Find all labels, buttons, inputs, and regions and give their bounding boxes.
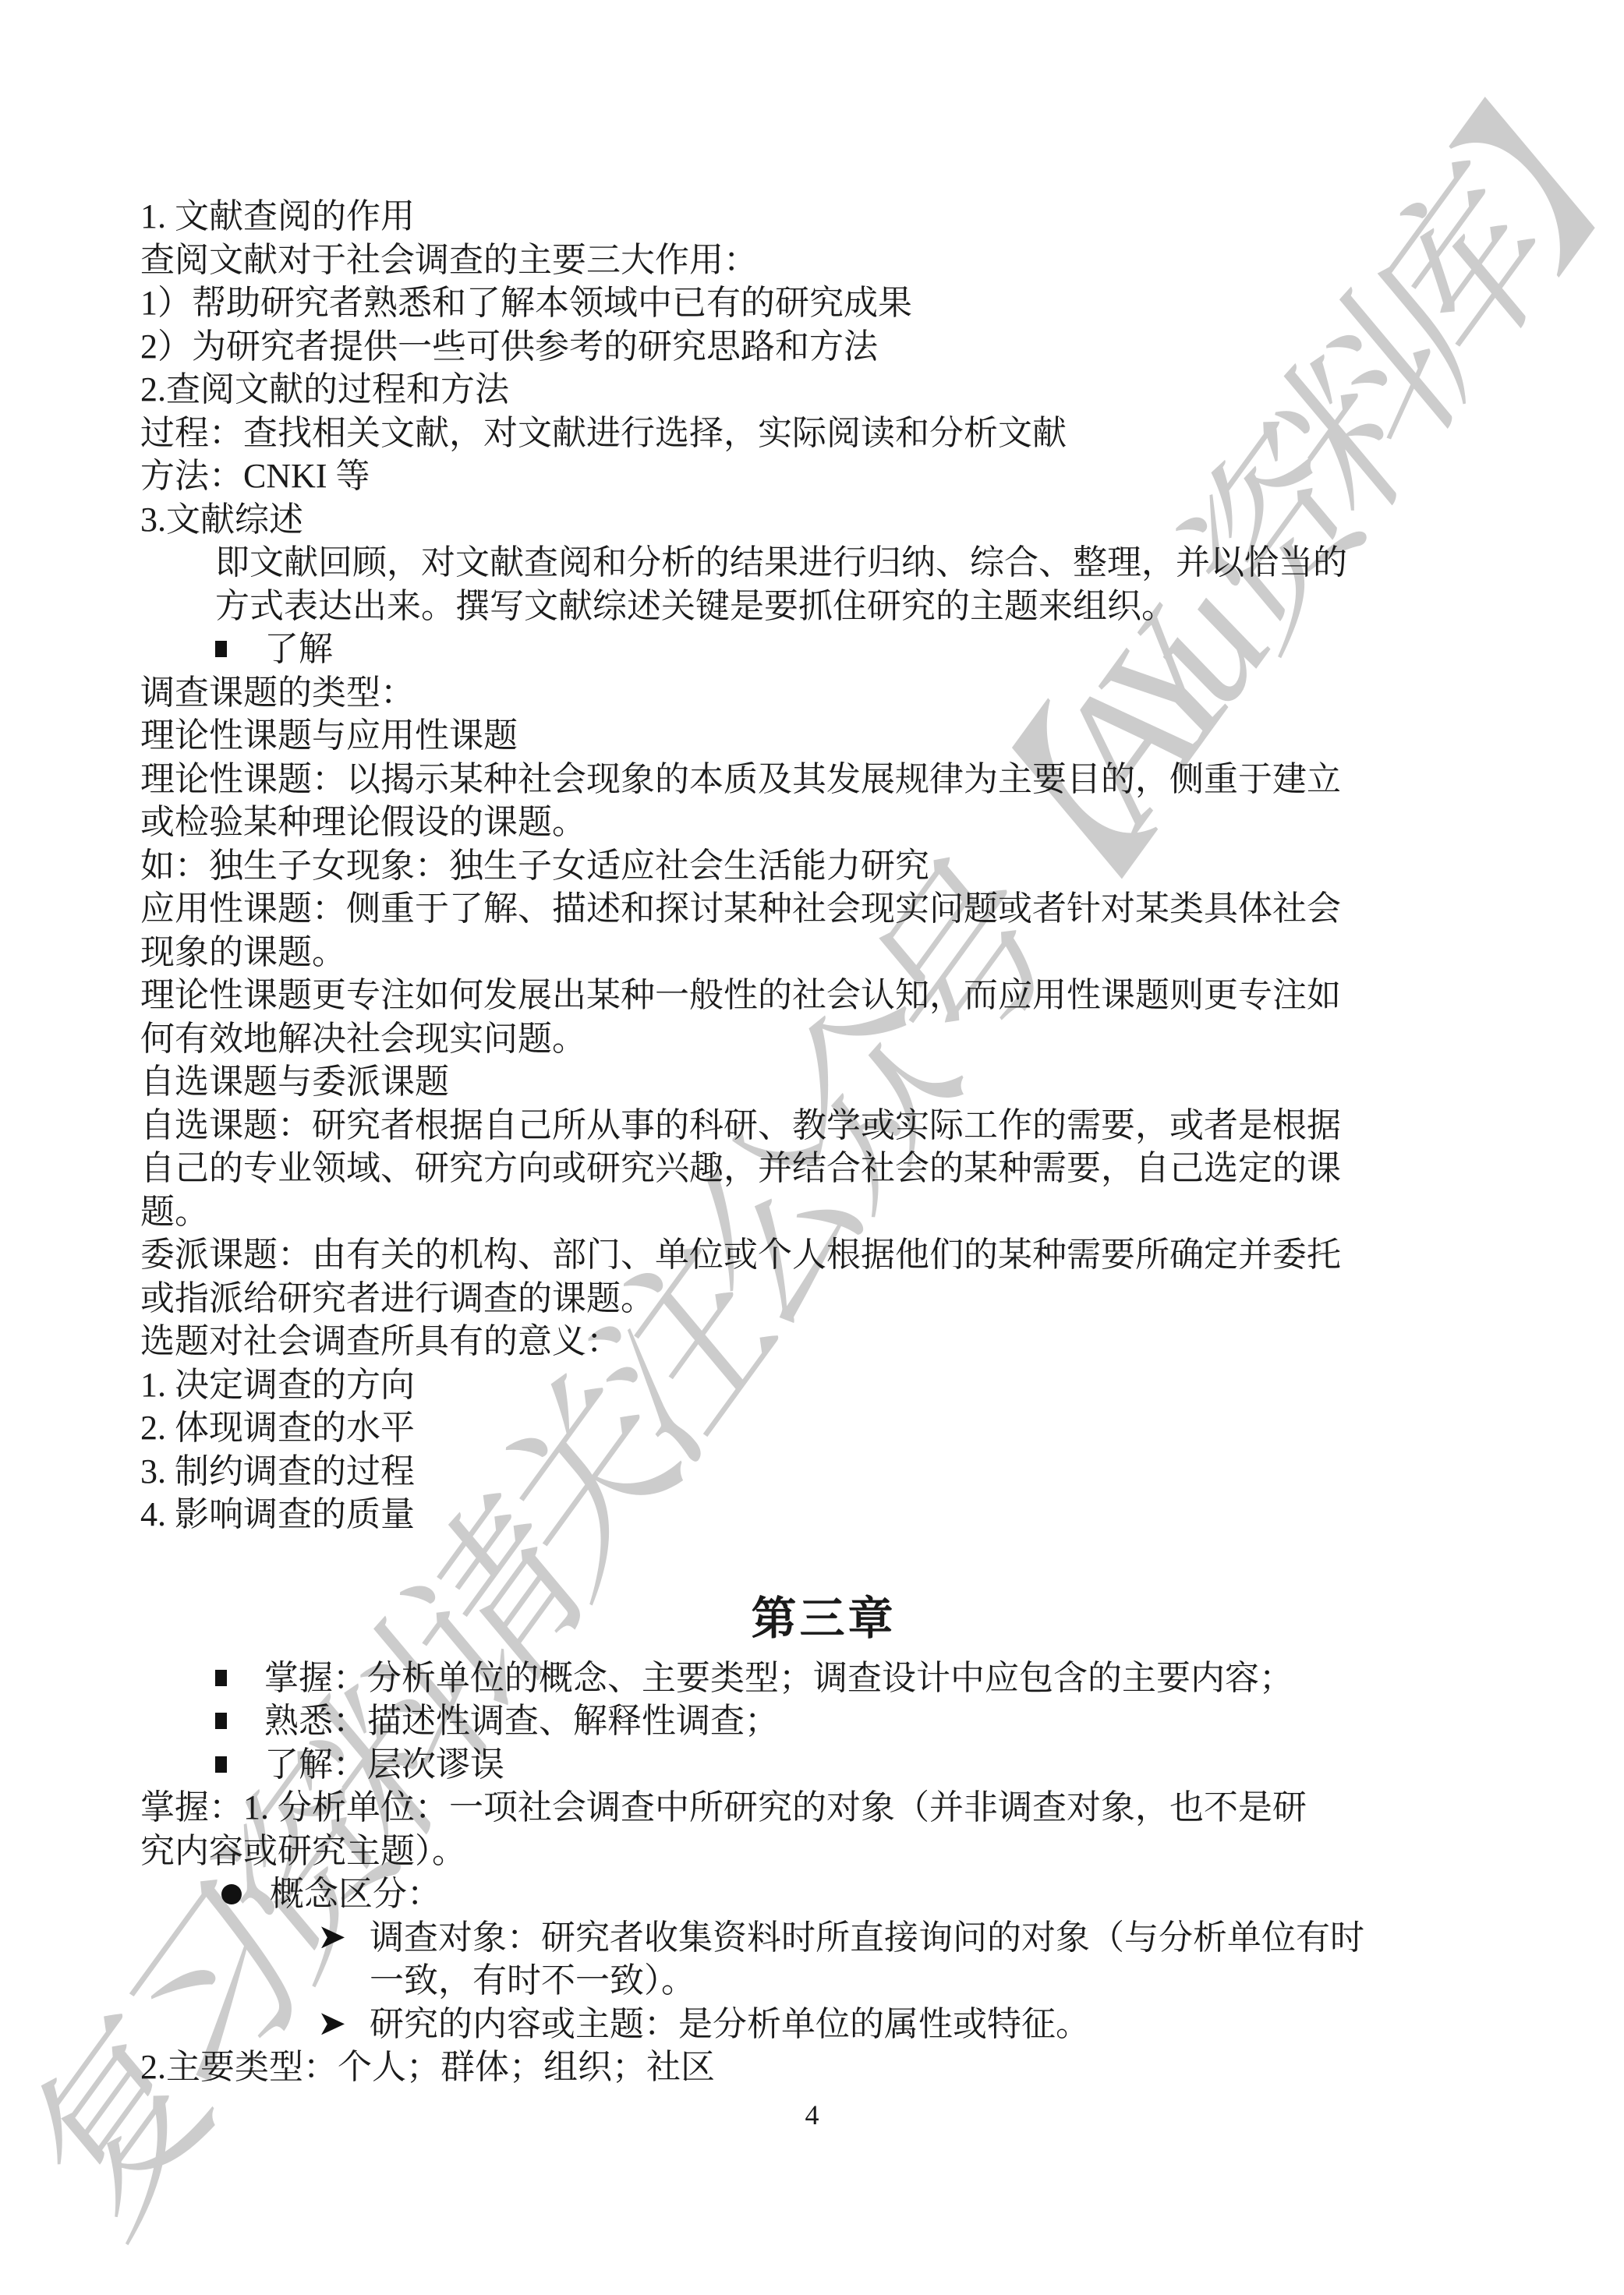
line-text: 2.查阅文献的过程和方法 (140, 370, 509, 408)
text-line: 方式表达出来。撰写文献综述关键是要抓住研究的主题来组织。 (140, 585, 1507, 628)
line-text: 3. 制约调查的过程 (140, 1452, 415, 1491)
text-line: 现象的课题。 (140, 931, 1507, 974)
line-text: 第三章 (751, 1593, 896, 1644)
text-line: 4. 影响调查的质量 (140, 1493, 1507, 1536)
line-text: 方法：CNKI 等 (140, 457, 370, 495)
document-page: 复习资料请关注公众号【AYu资料库】 1. 文献查阅的作用查阅文献对于社会调查的… (0, 0, 1624, 2295)
line-text: 3.文献综述 (140, 500, 303, 539)
line-text: 一致，有时不一致）。 (370, 1961, 695, 2000)
circle-bullet-icon (221, 1884, 242, 1904)
text-line: 调查对象：研究者收集资料时所直接询问的对象（与分析单位有时 (140, 1916, 1507, 1960)
line-text: 理论性课题与应用性课题 (140, 716, 518, 755)
line-text: 掌握：分析单位的概念、主要类型；调查设计中应包含的主要内容； (264, 1659, 1293, 1697)
text-line: 理论性课题与应用性课题 (140, 714, 1507, 758)
line-text: 自选课题：研究者根据自己所从事的科研、教学或实际工作的需要，或者是根据 (140, 1106, 1341, 1144)
line-text: 究内容或研究主题）。 (140, 1832, 466, 1870)
text-line: 掌握：1. 分析单位：一项社会调查中所研究的对象（并非调查对象，也不是研 (140, 1786, 1507, 1830)
line-text: 或指派给研究者进行调查的课题。 (140, 1279, 655, 1317)
text-line: 委派课题：由有关的机构、部门、单位或个人根据他们的某种需要所确定并委托 (140, 1233, 1507, 1277)
line-text: 1. 文献查阅的作用 (140, 197, 415, 235)
text-line: 查阅文献对于社会调查的主要三大作用： (140, 239, 1507, 282)
line-text: 查阅文献对于社会调查的主要三大作用： (140, 241, 758, 279)
line-text: 题。 (140, 1193, 209, 1231)
text-line: 3. 制约调查的过程 (140, 1450, 1507, 1494)
line-text: 了解 (264, 630, 333, 668)
text-line: 2.主要类型：个人；群体；组织；社区 (140, 2046, 1507, 2089)
line-text: 如：独生子女现象：独生子女适应社会生活能力研究 (140, 847, 929, 885)
text-line: 2.查阅文献的过程和方法 (140, 368, 1507, 412)
line-text: 1）帮助研究者熟悉和了解本领域中已有的研究成果 (140, 284, 912, 322)
square-bullet-icon (215, 1713, 227, 1729)
text-line: 选题对社会调查所具有的意义： (140, 1320, 1507, 1363)
line-text: 调查对象：研究者收集资料时所直接询问的对象（与分析单位有时 (370, 1918, 1364, 1957)
arrow-bullet-icon (321, 1926, 345, 1948)
line-text: 自己的专业领域、研究方向或研究兴趣，并结合社会的某种需要，自己选定的课 (140, 1149, 1341, 1187)
text-line: 2）为研究者提供一些可供参考的研究思路和方法 (140, 325, 1507, 369)
text-line: 3.文献综述 (140, 498, 1507, 542)
text-line: 调查课题的类型： (140, 671, 1507, 715)
line-text: 2. 体现调查的水平 (140, 1409, 415, 1447)
line-text: 自选课题与委派课题 (140, 1063, 449, 1101)
text-line: 自己的专业领域、研究方向或研究兴趣，并结合社会的某种需要，自己选定的课 (140, 1147, 1507, 1190)
line-text: 掌握：1. 分析单位：一项社会调查中所研究的对象（并非调查对象，也不是研 (140, 1788, 1307, 1826)
text-line: 即文献回顾，对文献查阅和分析的结果进行归纳、综合、整理，并以恰当的 (140, 541, 1507, 585)
line-text: 了解：层次谬误 (264, 1745, 504, 1784)
text-line: 掌握：分析单位的概念、主要类型；调查设计中应包含的主要内容； (140, 1657, 1507, 1700)
text-line: 何有效地解决社会现实问题。 (140, 1017, 1507, 1061)
text-line: 理论性课题更专注如何发展出某种一般性的社会认知，而应用性课题则更专注如 (140, 974, 1507, 1017)
line-text: 调查课题的类型： (140, 674, 415, 712)
page-number: 4 (0, 2099, 1624, 2131)
line-text: 即文献回顾，对文献查阅和分析的结果进行归纳、综合、整理，并以恰当的 (215, 543, 1347, 582)
text-line: 理论性课题：以揭示某种社会现象的本质及其发展规律为主要目的，侧重于建立 (140, 758, 1507, 801)
text-line: 究内容或研究主题）。 (140, 1830, 1507, 1873)
line-text: 应用性课题：侧重于了解、描述和探讨某种社会现实问题或者针对某类具体社会 (140, 889, 1341, 928)
text-line: 自选课题与委派课题 (140, 1060, 1507, 1104)
text-line: 一致，有时不一致）。 (140, 1959, 1507, 2003)
arrow-bullet-icon (321, 2013, 345, 2035)
text-line: 应用性课题：侧重于了解、描述和探讨某种社会现实问题或者针对某类具体社会 (140, 887, 1507, 931)
line-text: 理论性课题更专注如何发展出某种一般性的社会认知，而应用性课题则更专注如 (140, 976, 1341, 1014)
text-line: 方法：CNKI 等 (140, 454, 1507, 498)
line-text: 过程：查找相关文献，对文献进行选择，实际阅读和分析文献 (140, 414, 1067, 452)
text-line: 了解：层次谬误 (140, 1743, 1507, 1787)
text-line: 过程：查找相关文献，对文献进行选择，实际阅读和分析文献 (140, 412, 1507, 455)
square-bullet-icon (215, 1756, 227, 1773)
text-line: 概念区分： (140, 1872, 1507, 1916)
chapter-heading: 第三章 (140, 1582, 1507, 1657)
text-line: 了解 (140, 628, 1507, 671)
line-text: 何有效地解决社会现实问题。 (140, 1020, 586, 1058)
line-text: 现象的课题。 (140, 933, 346, 971)
line-text: 方式表达出来。撰写文献综述关键是要抓住研究的主题来组织。 (215, 587, 1176, 625)
line-text: 2）为研究者提供一些可供参考的研究思路和方法 (140, 327, 878, 366)
text-line: 或指派给研究者进行调查的课题。 (140, 1277, 1507, 1321)
text-line: 研究的内容或主题：是分析单位的属性或特征。 (140, 2003, 1507, 2046)
line-text: 概念区分： (270, 1875, 441, 1913)
text-line: 或检验某种理论假设的课题。 (140, 801, 1507, 844)
line-text: 熟悉：描述性调查、解释性调查； (264, 1702, 779, 1740)
text-line: 题。 (140, 1190, 1507, 1234)
text-line: 如：独生子女现象：独生子女适应社会生活能力研究 (140, 844, 1507, 888)
text-line: 1. 文献查阅的作用 (140, 195, 1507, 239)
line-text: 2.主要类型：个人；群体；组织；社区 (140, 2048, 715, 2086)
text-line: 1. 决定调查的方向 (140, 1363, 1507, 1407)
square-bullet-icon (215, 1670, 227, 1686)
line-text: 或检验某种理论假设的课题。 (140, 803, 586, 841)
line-text: 理论性课题：以揭示某种社会现象的本质及其发展规律为主要目的，侧重于建立 (140, 760, 1341, 798)
text-line: 熟悉：描述性调查、解释性调查； (140, 1699, 1507, 1743)
text-line: 1）帮助研究者熟悉和了解本领域中已有的研究成果 (140, 281, 1507, 325)
line-text: 研究的内容或主题：是分析单位的属性或特征。 (370, 2005, 1090, 2043)
text-line: 2. 体现调查的水平 (140, 1406, 1507, 1450)
line-text: 1. 决定调查的方向 (140, 1366, 415, 1404)
text-line: 自选课题：研究者根据自己所从事的科研、教学或实际工作的需要，或者是根据 (140, 1104, 1507, 1147)
line-text: 4. 影响调查的质量 (140, 1495, 415, 1533)
line-text: 委派课题：由有关的机构、部门、单位或个人根据他们的某种需要所确定并委托 (140, 1236, 1341, 1274)
square-bullet-icon (215, 641, 227, 657)
line-text: 选题对社会调查所具有的意义： (140, 1322, 621, 1360)
document-body: 1. 文献查阅的作用查阅文献对于社会调查的主要三大作用：1）帮助研究者熟悉和了解… (140, 195, 1507, 2089)
